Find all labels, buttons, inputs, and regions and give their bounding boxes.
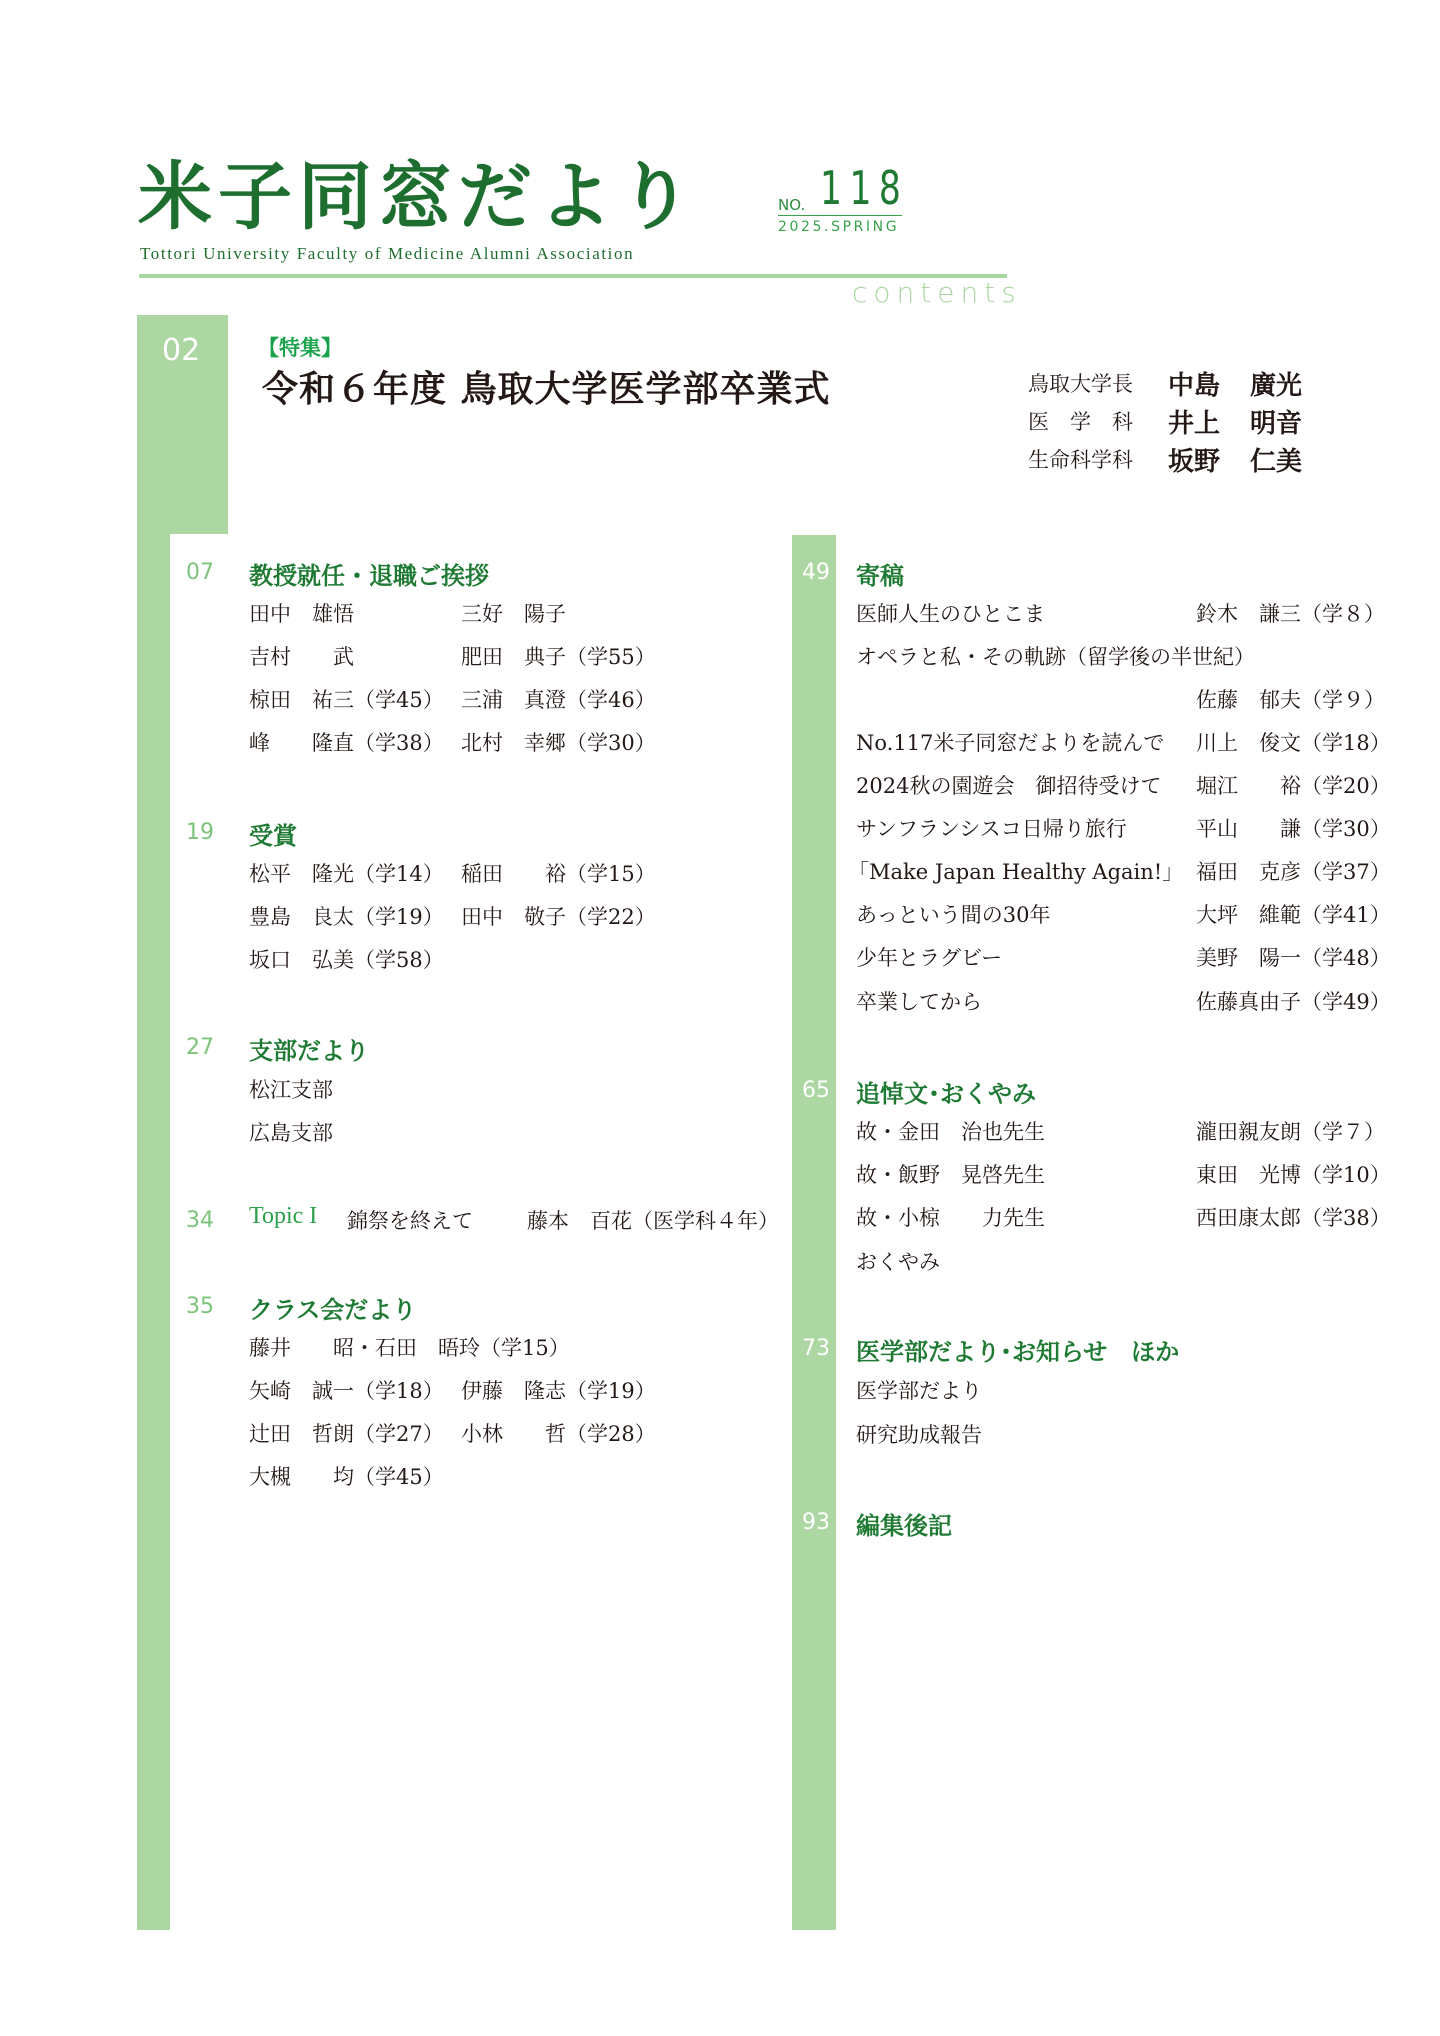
article-title[interactable]: 医師人生のひとこま (856, 598, 1045, 628)
article-title[interactable]: 卒業してから (856, 986, 982, 1016)
article-title[interactable]: オペラと私・その軌跡（留学後の半世紀） (856, 641, 1255, 671)
toc-entry[interactable]: 峰 隆直（学38） (249, 727, 444, 757)
article-title[interactable]: 医学部だより (856, 1375, 982, 1405)
featured-title[interactable]: 令和６年度 鳥取大学医学部卒業式 (262, 361, 831, 412)
article-author: 鈴木 謙三（学８） (1196, 598, 1385, 628)
toc-entry[interactable]: 北村 幸郷（学30） (461, 727, 656, 757)
section-heading-obituaries[interactable]: 追悼文･おくやみ (856, 1074, 1036, 1109)
featured-tag: 【特集】 (258, 332, 342, 362)
topic-title[interactable]: 錦祭を終えて (347, 1205, 473, 1235)
toc-entry[interactable]: 大槻 均（学45） (249, 1461, 444, 1491)
article-author: 堀江 裕（学20） (1196, 770, 1391, 800)
speaker-surname: 中島 (1168, 365, 1250, 402)
toc-entry[interactable]: 辻田 哲朗（学27） (249, 1418, 444, 1448)
toc-entry[interactable]: 広島支部 (249, 1117, 333, 1147)
speaker-role: 医 学 科 (1028, 406, 1168, 436)
article-title[interactable]: サンフランシスコ日帰り旅行 (856, 813, 1127, 843)
section-heading-editors-note[interactable]: 編集後記 (856, 1506, 952, 1541)
page-number: 73 (802, 1336, 830, 1361)
article-author: 川上 俊文（学18） (1196, 727, 1391, 757)
section-heading-appointments[interactable]: 教授就任・退職ご挨拶 (249, 556, 489, 591)
issue-underline (778, 215, 902, 216)
toc-entry[interactable]: 矢崎 誠一（学18） (249, 1375, 444, 1405)
article-title[interactable]: あっという間の30年 (856, 899, 1051, 929)
page-number: 35 (186, 1294, 214, 1319)
article-author: 福田 克彦（学37） (1196, 856, 1391, 886)
toc-entry[interactable]: 豊島 良太（学19） (249, 901, 444, 931)
page-number: 34 (186, 1208, 214, 1233)
speaker-row: 鳥取大学長 中島 廣光 (1028, 364, 1302, 402)
toc-entry[interactable]: 稲田 裕（学15） (461, 858, 656, 888)
article-author: 平山 謙（学30） (1196, 813, 1391, 843)
article-author: 佐藤 郁夫（学９） (1196, 684, 1385, 714)
article-author: 東田 光博（学10） (1196, 1159, 1391, 1189)
magazine-title: 米子同窓だより (138, 152, 698, 242)
toc-entry[interactable]: 伊藤 隆志（学19） (461, 1375, 656, 1405)
article-title[interactable]: 2024秋の園遊会 御招待受けて (856, 770, 1161, 800)
article-title[interactable]: 研究助成報告 (856, 1419, 982, 1449)
right-column-bar (792, 535, 836, 1930)
topic-author: 藤本 百花（医学科４年） (527, 1205, 779, 1235)
magazine-subtitle: Tottori University Faculty of Medicine A… (140, 244, 634, 264)
section-heading-awards[interactable]: 受賞 (249, 816, 297, 851)
toc-entry[interactable]: 田中 敬子（学22） (461, 901, 656, 931)
speaker-surname: 坂野 (1168, 441, 1250, 478)
contents-label: contents (852, 276, 1022, 309)
toc-entry[interactable]: 藤井 昭・石田 晤玲（学15） (249, 1332, 570, 1362)
toc-entry[interactable]: 田中 雄悟 (249, 598, 354, 628)
section-heading-faculty-news[interactable]: 医学部だより･お知らせ ほか (856, 1332, 1179, 1367)
speaker-surname: 井上 (1168, 403, 1250, 440)
speaker-row: 医 学 科 井上 明音 (1028, 402, 1302, 440)
topic-label: Topic I (249, 1203, 317, 1230)
speaker-role: 生命科学科 (1028, 444, 1168, 474)
issue-prefix: NO. (778, 196, 805, 214)
article-title[interactable]: 故・小椋 力先生 (856, 1202, 1045, 1232)
article-title[interactable]: No.117米子同窓だよりを読んで (856, 727, 1164, 757)
toc-entry[interactable]: 三好 陽子 (461, 598, 566, 628)
page-number: 19 (186, 820, 214, 845)
article-author: 西田康太郎（学38） (1196, 1202, 1391, 1232)
toc-entry[interactable]: 松平 隆光（学14） (249, 858, 444, 888)
issue-number: 118 (820, 162, 908, 214)
article-title[interactable]: 故・飯野 晃啓先生 (856, 1159, 1045, 1189)
left-column-bar (137, 534, 170, 1930)
page-number: 65 (802, 1078, 830, 1103)
page-number: 93 (802, 1510, 830, 1535)
article-title[interactable]: 故・金田 治也先生 (856, 1116, 1045, 1146)
toc-entry[interactable]: 小林 哲（学28） (461, 1418, 656, 1448)
speaker-given-name: 仁美 (1250, 441, 1302, 478)
article-author: 瀧田親友朗（学７） (1196, 1116, 1385, 1146)
article-title[interactable]: おくやみ (856, 1246, 940, 1276)
toc-entry[interactable]: 椋田 祐三（学45） (249, 684, 444, 714)
toc-entry[interactable]: 三浦 真澄（学46） (461, 684, 656, 714)
toc-entry[interactable]: 坂口 弘美（学58） (249, 944, 444, 974)
article-author: 大坪 維範（学41） (1196, 899, 1391, 929)
page-number: 27 (186, 1035, 214, 1060)
section-heading-contributions[interactable]: 寄稿 (856, 556, 904, 591)
featured-speakers: 鳥取大学長 中島 廣光 医 学 科 井上 明音 生命科学科 坂野 仁美 (1028, 364, 1302, 478)
speaker-given-name: 廣光 (1250, 365, 1302, 402)
featured-page-number: 02 (162, 333, 200, 368)
page-number: 07 (186, 560, 214, 585)
page-number: 49 (802, 560, 830, 585)
article-author: 佐藤真由子（学49） (1196, 986, 1391, 1016)
toc-entry[interactable]: 松江支部 (249, 1074, 333, 1104)
speaker-role: 鳥取大学長 (1028, 368, 1168, 398)
article-title[interactable]: 「Make Japan Healthy Again!」 (848, 856, 1183, 886)
article-author: 美野 陽一（学48） (1196, 942, 1391, 972)
issue-season: 2025.SPRING (778, 219, 899, 235)
toc-entry[interactable]: 肥田 典子（学55） (461, 641, 656, 671)
toc-entry[interactable]: 吉村 武 (249, 641, 354, 671)
section-heading-branches[interactable]: 支部だより (249, 1031, 369, 1066)
speaker-given-name: 明音 (1250, 403, 1302, 440)
article-title[interactable]: 少年とラグビー (856, 942, 1002, 972)
section-heading-class-reunions[interactable]: クラス会だより (249, 1290, 416, 1325)
speaker-row: 生命科学科 坂野 仁美 (1028, 440, 1302, 478)
